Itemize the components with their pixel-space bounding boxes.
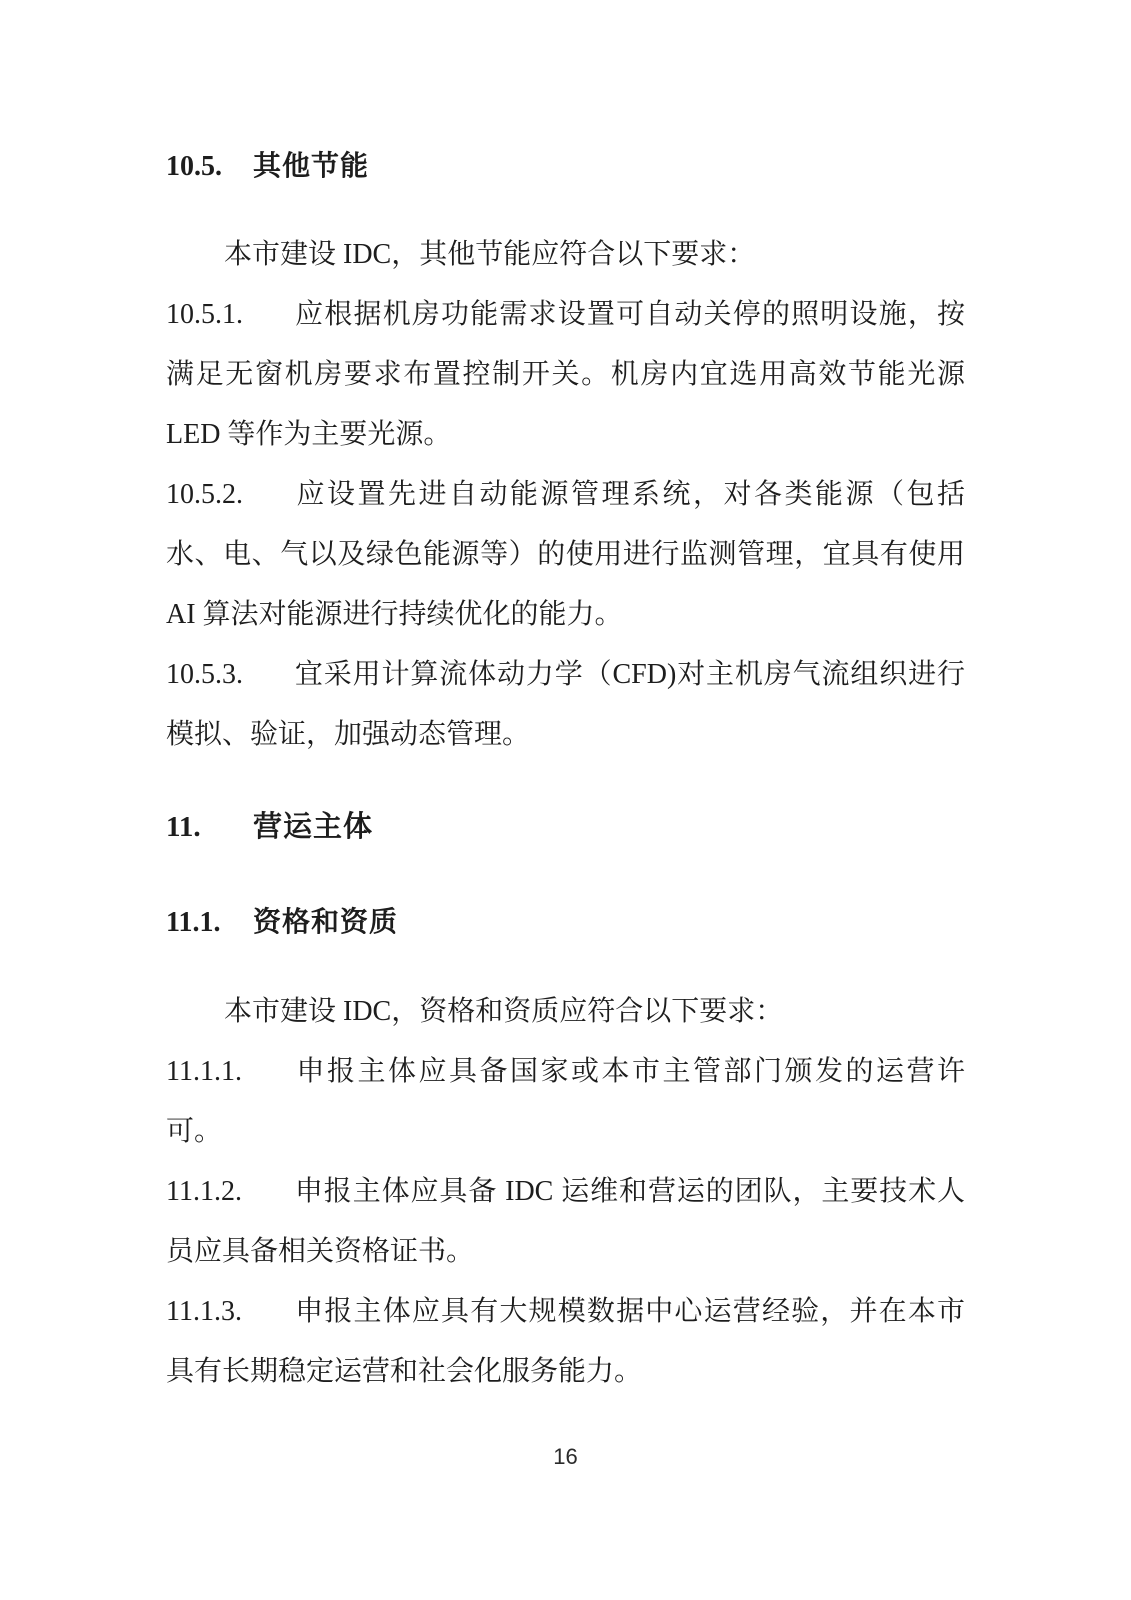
section-heading-10-5: 10.5.其他节能 bbox=[166, 146, 965, 187]
section-11-1-title: 资格和资质 bbox=[253, 906, 398, 937]
clause-10-5-3: 10.5.3.宜采用计算流体动力学（CFD)对主机房气流组织进行模拟、验证，加强… bbox=[166, 645, 965, 765]
section-10-5-number: 10.5. bbox=[166, 147, 253, 187]
section-heading-11-1: 11.1.资格和资质 bbox=[166, 902, 965, 943]
document-page: 10.5.其他节能 本市建设 IDC，其他节能应符合以下要求： 10.5.1.应… bbox=[0, 0, 1131, 1600]
clause-11-1-3: 11.1.3.申报主体应具有大规模数据中心运营经验，并在本市具有长期稳定运营和社… bbox=[166, 1282, 965, 1402]
clause-10-5-2: 10.5.2.应设置先进自动能源管理系统，对各类能源（包括水、电、气以及绿色能源… bbox=[166, 465, 965, 645]
intro-paragraph-10-5: 本市建设 IDC，其他节能应符合以下要求： bbox=[166, 225, 965, 285]
intro-paragraph-11-1: 本市建设 IDC，资格和资质应符合以下要求： bbox=[166, 982, 965, 1042]
clause-10-5-1-number: 10.5.1. bbox=[166, 285, 294, 345]
section-11-1-body: 本市建设 IDC，资格和资质应符合以下要求： 11.1.1.申报主体应具备国家或… bbox=[166, 982, 965, 1402]
clause-10-5-2-number: 10.5.2. bbox=[166, 465, 294, 525]
page-number: 16 bbox=[0, 1442, 1131, 1472]
section-11-1-number: 11.1. bbox=[166, 903, 253, 943]
clause-10-5-3-number: 10.5.3. bbox=[166, 645, 294, 705]
section-heading-11: 11.营运主体 bbox=[166, 807, 965, 847]
page-content: 10.5.其他节能 本市建设 IDC，其他节能应符合以下要求： 10.5.1.应… bbox=[0, 0, 1131, 1402]
clause-11-1-1: 11.1.1.申报主体应具备国家或本市主管部门颁发的运营许可。 bbox=[166, 1042, 965, 1162]
section-11-number: 11. bbox=[166, 807, 253, 847]
section-10-5-title: 其他节能 bbox=[253, 150, 369, 181]
clause-11-1-3-number: 11.1.3. bbox=[166, 1282, 294, 1342]
clause-11-1-1-number: 11.1.1. bbox=[166, 1042, 294, 1102]
section-10-5-body: 本市建设 IDC，其他节能应符合以下要求： 10.5.1.应根据机房功能需求设置… bbox=[166, 225, 965, 765]
section-11-title: 营运主体 bbox=[253, 811, 373, 843]
clause-11-1-2: 11.1.2.申报主体应具备 IDC 运维和营运的团队，主要技术人员应具备相关资… bbox=[166, 1162, 965, 1282]
clause-11-1-2-number: 11.1.2. bbox=[166, 1162, 294, 1222]
clause-10-5-1: 10.5.1.应根据机房功能需求设置可自动关停的照明设施，按满足无窗机房要求布置… bbox=[166, 285, 965, 465]
